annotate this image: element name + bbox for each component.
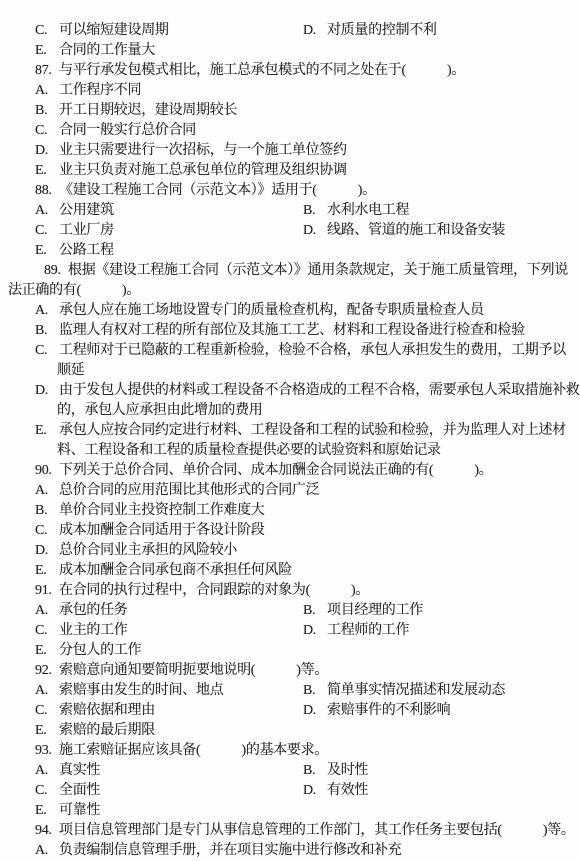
left-column: C.合同一般实行总价合同 [35, 123, 196, 138]
left-column: A.真实性 [35, 763, 100, 778]
option-letter: A. [35, 761, 59, 781]
option-line: B.监理人有权对工程的所有部位及其施工工艺、材料和工程设备进行检查和检验 [0, 321, 580, 341]
option-line: A.承包的任务B.项目经理的工作 [0, 601, 580, 621]
option-letter: D. [35, 381, 59, 401]
left-column: 法正确的有( )。 [8, 283, 140, 298]
option-letter: E. [35, 161, 59, 181]
line-text: 施工索赔证据应该具备( )的基本要求。 [59, 743, 328, 758]
line-text: 总价合同的应用范围比其他形式的合同广泛 [59, 483, 319, 498]
line-text: 顺延 [57, 363, 84, 378]
option-letter: C. [35, 621, 59, 641]
option-line: C.可以缩短建设周期D.对质量的控制不利 [0, 21, 580, 41]
left-column: A.公用建筑 [35, 203, 114, 218]
left-column: A.总价合同的应用范围比其他形式的合同广泛 [35, 483, 319, 498]
continuation-line: 的，承包人应承担由此增加的费用 [0, 401, 580, 421]
left-column: C.工程师对于已隐蔽的工程重新检验，检验不合格，承包人承担发生的费用，工期予以 [35, 343, 566, 358]
line-text: 公用建筑 [59, 203, 114, 218]
left-column: A.承包人应在施工场地设置专门的质量检查机构，配备专职质量检查人员 [35, 303, 484, 318]
option-letter: C. [35, 781, 59, 801]
option-letter: A. [35, 681, 59, 701]
question-stem-line: 88.《建设工程施工合同（示范文本）》适用于( )。 [0, 181, 580, 201]
line-text: 合同的工作量大 [59, 43, 155, 58]
option-letter: D. [303, 701, 327, 721]
option-line: A.工作程序不同 [0, 81, 580, 101]
question-number: 89. [44, 261, 68, 281]
line-text: 有效性 [327, 783, 368, 798]
left-column: E.可靠性 [35, 803, 100, 818]
right-column: B.简单事实情况描述和发展动态 [303, 681, 505, 701]
option-letter: E. [35, 801, 59, 821]
line-text: 承包人应按合同约定进行材料、工程设备和工程的试验和检验，并为监理人对上述材 [59, 423, 566, 438]
left-column: 88.《建设工程施工合同（示范文本）》适用于( )。 [35, 183, 376, 198]
line-text: 索赔依据和理由 [59, 703, 155, 718]
line-text: 公路工程 [59, 243, 114, 258]
line-text: 《建设工程施工合同（示范文本）》适用于( )。 [59, 183, 376, 198]
line-text: 承包人应在施工场地设置专门的质量检查机构，配备专职质量检查人员 [59, 303, 484, 318]
option-letter: E. [35, 41, 59, 61]
left-column: E.索赔的最后期限 [35, 723, 155, 738]
option-letter: D. [303, 781, 327, 801]
option-line: C.工业厂房D.线路、管道的施工和设备安装 [0, 221, 580, 241]
line-text: 料、工程设备和工程的质量检查提供必要的试验资料和原始记录 [57, 443, 441, 458]
option-line: E.业主只负责对施工总承包单位的管理及组织协调 [0, 161, 580, 181]
line-text: 水利水电工程 [327, 203, 409, 218]
question-stem-line: 93.施工索赔证据应该具备( )的基本要求。 [0, 741, 580, 761]
right-column: B.项目经理的工作 [303, 601, 423, 621]
left-column: B.开工日期较迟，建设周期较长 [35, 103, 237, 118]
option-letter: A. [35, 81, 59, 101]
line-text: 在合同的执行过程中，合同跟踪的对象为( )。 [59, 583, 369, 598]
line-text: 下列关于总价合同、单价合同、成本加酬金合同说法正确的有( )。 [59, 463, 492, 478]
question-stem-line: 90.下列关于总价合同、单价合同、成本加酬金合同说法正确的有( )。 [0, 461, 580, 481]
line-text: 线路、管道的施工和设备安装 [327, 223, 505, 238]
option-line: A.负责编制信息管理手册，并在项目实施中进行修改和补充 [0, 841, 580, 861]
line-text: 法正确的有( )。 [8, 283, 140, 298]
left-column: E.分包人的工作 [35, 643, 141, 658]
option-line: D.业主只需要进行一次招标，与一个施工单位签约 [0, 141, 580, 161]
question-number: 94. [35, 821, 59, 841]
option-letter: D. [303, 221, 327, 241]
question-number: 90. [35, 461, 59, 481]
option-letter: C. [35, 521, 59, 541]
option-line: A.总价合同的应用范围比其他形式的合同广泛 [0, 481, 580, 501]
scanned-exam-page: C.可以缩短建设周期D.对质量的控制不利E.合同的工作量大87.与平行承发包模式… [0, 0, 580, 861]
question-number: 91. [35, 581, 59, 601]
option-letter: B. [303, 201, 327, 221]
continuation-line: 法正确的有( )。 [0, 281, 580, 301]
question-stem-line: 91.在合同的执行过程中，合同跟踪的对象为( )。 [0, 581, 580, 601]
option-line: D.由于发包人提供的材料或工程设备不合格造成的工程不合格，需要承包人采取措施补救 [0, 381, 580, 401]
option-letter: E. [35, 641, 59, 661]
option-letter: B. [35, 321, 59, 341]
question-stem-line: 87.与平行承发包模式相比，施工总承包模式的不同之处在于( )。 [0, 61, 580, 81]
line-text: 工业厂房 [59, 223, 114, 238]
option-line: A.索赔事由发生的时间、地点B.简单事实情况描述和发展动态 [0, 681, 580, 701]
option-letter: A. [35, 601, 59, 621]
left-column: A.承包的任务 [35, 603, 128, 618]
left-column: C.全面性 [35, 783, 100, 798]
continuation-line: 料、工程设备和工程的质量检查提供必要的试验资料和原始记录 [0, 441, 580, 461]
option-line: A.公用建筑B.水利水电工程 [0, 201, 580, 221]
option-letter: C. [35, 341, 59, 361]
option-line: C.全面性D.有效性 [0, 781, 580, 801]
option-letter: E. [35, 721, 59, 741]
line-text: 可以缩短建设周期 [59, 23, 169, 38]
line-text: 总价合同业主承担的风险较小 [59, 543, 237, 558]
left-column: C.成本加酬金合同适用于各设计阶段 [35, 523, 265, 538]
left-column: 93.施工索赔证据应该具备( )的基本要求。 [35, 743, 328, 758]
right-column: D.有效性 [303, 781, 368, 801]
line-text: 业主只负责对施工总承包单位的管理及组织协调 [59, 163, 347, 178]
left-column: B.监理人有权对工程的所有部位及其施工工艺、材料和工程设备进行检查和检验 [35, 323, 525, 338]
continuation-line: 顺延 [0, 361, 580, 381]
line-text: 工程师的工作 [327, 623, 409, 638]
left-column: C.索赔依据和理由 [35, 703, 155, 718]
line-text: 及时性 [327, 763, 368, 778]
left-column: E.成本加酬金合同承包商不承担任何风险 [35, 563, 292, 578]
option-line: C.成本加酬金合同适用于各设计阶段 [0, 521, 580, 541]
line-text: 负责编制信息管理手册，并在项目实施中进行修改和补充 [59, 843, 402, 858]
right-column: D.线路、管道的施工和设备安装 [303, 221, 505, 241]
option-letter: C. [35, 701, 59, 721]
option-line: A.承包人应在施工场地设置专门的质量检查机构，配备专职质量检查人员 [0, 301, 580, 321]
line-text: 索赔事件的不利影响 [327, 703, 450, 718]
option-line: E.合同的工作量大 [0, 41, 580, 61]
left-column: C.工业厂房 [35, 223, 114, 238]
right-column: B.水利水电工程 [303, 201, 409, 221]
line-text: 成本加酬金合同适用于各设计阶段 [59, 523, 265, 538]
line-text: 由于发包人提供的材料或工程设备不合格造成的工程不合格，需要承包人采取措施补救 [59, 383, 580, 398]
left-column: D.由于发包人提供的材料或工程设备不合格造成的工程不合格，需要承包人采取措施补救 [35, 383, 580, 398]
line-text: 简单事实情况描述和发展动态 [327, 683, 505, 698]
option-letter: D. [303, 21, 327, 41]
left-column: 料、工程设备和工程的质量检查提供必要的试验资料和原始记录 [57, 443, 441, 458]
option-letter: B. [303, 601, 327, 621]
option-letter: E. [35, 561, 59, 581]
exam-text-block: C.可以缩短建设周期D.对质量的控制不利E.合同的工作量大87.与平行承发包模式… [0, 21, 580, 861]
line-text: 全面性 [59, 783, 100, 798]
question-number: 92. [35, 661, 59, 681]
option-line: A.真实性B.及时性 [0, 761, 580, 781]
left-column: A.负责编制信息管理手册，并在项目实施中进行修改和补充 [35, 843, 402, 858]
line-text: 工程师对于已隐蔽的工程重新检验，检验不合格，承包人承担发生的费用，工期予以 [59, 343, 566, 358]
line-text: 业主的工作 [59, 623, 128, 638]
left-column: 的，承包人应承担由此增加的费用 [57, 403, 263, 418]
option-letter: B. [303, 761, 327, 781]
line-text: 索赔事由发生的时间、地点 [59, 683, 223, 698]
left-column: 92.索赔意向通知要简明扼要地说明( )等。 [35, 663, 328, 678]
left-column: 87.与平行承发包模式相比，施工总承包模式的不同之处在于( )。 [35, 63, 465, 78]
left-column: 顺延 [57, 363, 84, 378]
left-column: 89.根据《建设工程施工合同（示范文本）》通用条款规定，关于施工质量管理，下列说 [44, 263, 568, 278]
option-letter: B. [35, 101, 59, 121]
option-line: B.开工日期较迟，建设周期较长 [0, 101, 580, 121]
question-number: 88. [35, 181, 59, 201]
line-text: 真实性 [59, 763, 100, 778]
option-line: C.业主的工作D.工程师的工作 [0, 621, 580, 641]
option-letter: D. [35, 541, 59, 561]
line-text: 的，承包人应承担由此增加的费用 [57, 403, 263, 418]
option-letter: A. [35, 301, 59, 321]
option-line: E.成本加酬金合同承包商不承担任何风险 [0, 561, 580, 581]
left-column: 94.项目信息管理部门是专门从事信息管理的工作部门，其工作任务主要包括( )等。 [35, 823, 575, 838]
option-letter: E. [35, 421, 59, 441]
option-letter: E. [35, 241, 59, 261]
line-text: 项目经理的工作 [327, 603, 423, 618]
line-text: 分包人的工作 [59, 643, 141, 658]
option-line: E.分包人的工作 [0, 641, 580, 661]
option-line: E.索赔的最后期限 [0, 721, 580, 741]
line-text: 与平行承发包模式相比，施工总承包模式的不同之处在于( )。 [59, 63, 465, 78]
left-column: B.单价合同业主投资控制工作难度大 [35, 503, 265, 518]
question-number: 93. [35, 741, 59, 761]
line-text: 可靠性 [59, 803, 100, 818]
line-text: 承包的任务 [59, 603, 128, 618]
option-line: B.单价合同业主投资控制工作难度大 [0, 501, 580, 521]
left-column: C.可以缩短建设周期 [35, 23, 169, 38]
option-letter: A. [35, 481, 59, 501]
line-text: 项目信息管理部门是专门从事信息管理的工作部门，其工作任务主要包括( )等。 [59, 823, 575, 838]
left-column: E.公路工程 [35, 243, 114, 258]
line-text: 监理人有权对工程的所有部位及其施工工艺、材料和工程设备进行检查和检验 [59, 323, 525, 338]
option-letter: C. [35, 121, 59, 141]
option-line: E.公路工程 [0, 241, 580, 261]
option-line: C.合同一般实行总价合同 [0, 121, 580, 141]
line-text: 单价合同业主投资控制工作难度大 [59, 503, 265, 518]
line-text: 索赔意向通知要简明扼要地说明( )等。 [59, 663, 328, 678]
line-text: 根据《建设工程施工合同（示范文本）》通用条款规定，关于施工质量管理，下列说 [68, 263, 568, 278]
left-column: C.业主的工作 [35, 623, 128, 638]
line-text: 业主只需要进行一次招标，与一个施工单位签约 [59, 143, 347, 158]
left-column: A.索赔事由发生的时间、地点 [35, 683, 223, 698]
question-stem-line: 92.索赔意向通知要简明扼要地说明( )等。 [0, 661, 580, 681]
left-column: E.承包人应按合同约定进行材料、工程设备和工程的试验和检验，并为监理人对上述材 [35, 423, 566, 438]
option-line: E.可靠性 [0, 801, 580, 821]
line-text: 对质量的控制不利 [327, 23, 437, 38]
line-text: 工作程序不同 [59, 83, 141, 98]
option-letter: B. [35, 501, 59, 521]
option-line: E.承包人应按合同约定进行材料、工程设备和工程的试验和检验，并为监理人对上述材 [0, 421, 580, 441]
question-stem-line: 94.项目信息管理部门是专门从事信息管理的工作部门，其工作任务主要包括( )等。 [0, 821, 580, 841]
option-letter: C. [35, 221, 59, 241]
right-column: D.工程师的工作 [303, 621, 409, 641]
option-letter: C. [35, 21, 59, 41]
option-line: D.总价合同业主承担的风险较小 [0, 541, 580, 561]
line-text: 索赔的最后期限 [59, 723, 155, 738]
left-column: 91.在合同的执行过程中，合同跟踪的对象为( )。 [35, 583, 369, 598]
left-column: 90.下列关于总价合同、单价合同、成本加酬金合同说法正确的有( )。 [35, 463, 492, 478]
line-text: 开工日期较迟，建设周期较长 [59, 103, 237, 118]
question-stem-line: 89.根据《建设工程施工合同（示范文本）》通用条款规定，关于施工质量管理，下列说 [0, 261, 580, 281]
option-letter: D. [35, 141, 59, 161]
line-text: 成本加酬金合同承包商不承担任何风险 [59, 563, 292, 578]
right-column: D.对质量的控制不利 [303, 21, 437, 41]
option-letter: D. [303, 621, 327, 641]
left-column: E.合同的工作量大 [35, 43, 155, 58]
option-letter: A. [35, 841, 59, 861]
question-number: 87. [35, 61, 59, 81]
right-column: D.索赔事件的不利影响 [303, 701, 450, 721]
left-column: D.总价合同业主承担的风险较小 [35, 543, 237, 558]
option-letter: A. [35, 201, 59, 221]
option-line: C.工程师对于已隐蔽的工程重新检验，检验不合格，承包人承担发生的费用，工期予以 [0, 341, 580, 361]
line-text: 合同一般实行总价合同 [59, 123, 196, 138]
option-letter: B. [303, 681, 327, 701]
left-column: D.业主只需要进行一次招标，与一个施工单位签约 [35, 143, 347, 158]
option-line: C.索赔依据和理由D.索赔事件的不利影响 [0, 701, 580, 721]
left-column: A.工作程序不同 [35, 83, 141, 98]
left-column: E.业主只负责对施工总承包单位的管理及组织协调 [35, 163, 347, 178]
right-column: B.及时性 [303, 761, 368, 781]
